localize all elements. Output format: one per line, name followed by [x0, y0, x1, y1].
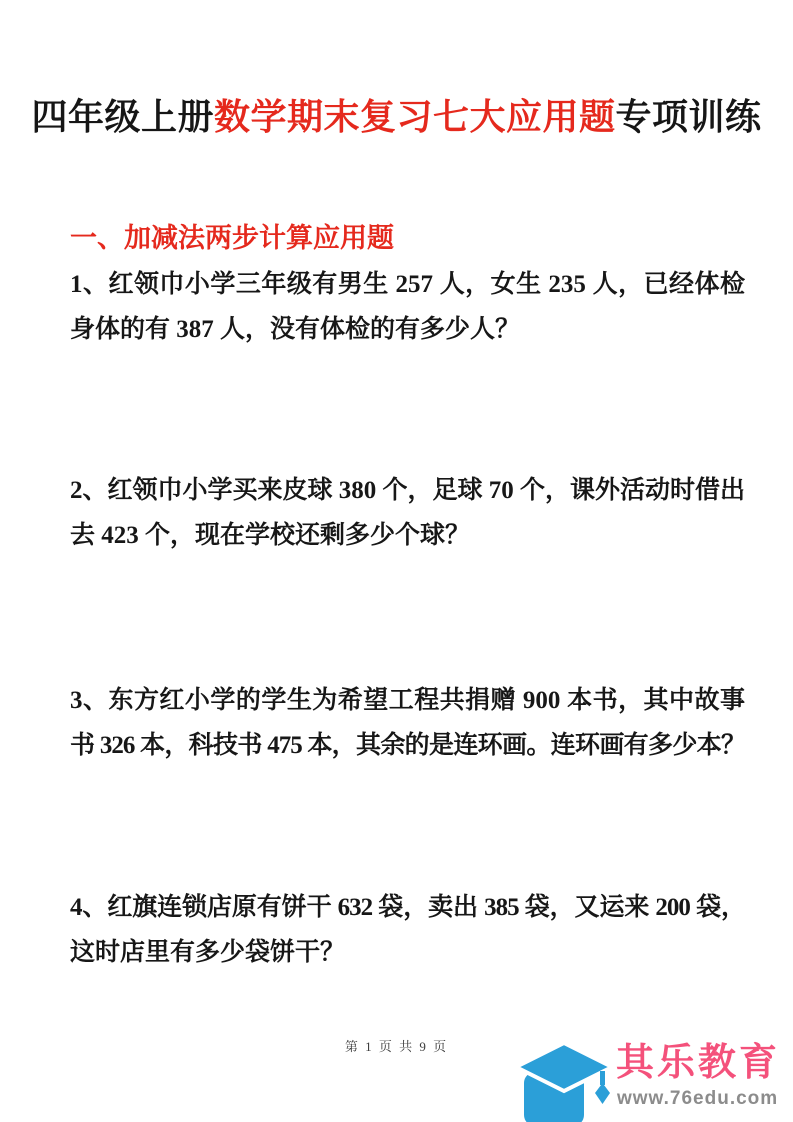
problem-3-line-2: 书 326 本，科技书 475 本，其余的是连环画。连环画有多少本？	[70, 723, 745, 768]
publisher-url: www.76edu.com	[617, 1088, 778, 1110]
page-title-part-black-1: 四年级上册	[31, 96, 214, 137]
page-title: 四年级上册数学期末复习七大应用题专项训练	[0, 92, 793, 142]
problem-3: 3、东方红小学的学生为希望工程共捐赠 900 本书，其中故事 书 326 本，科…	[70, 678, 745, 768]
problem-4: 4、红旗连锁店原有饼干 632 袋，卖出 385 袋，又运来 200 袋， 这时…	[70, 885, 745, 975]
page-title-part-red: 数学期末复习七大应用题	[214, 96, 616, 137]
publisher-name: 其乐教育	[616, 1042, 780, 1084]
publisher-logo: 其乐教育 www.76edu.com	[516, 1040, 793, 1122]
problem-3-line-1: 3、东方红小学的学生为希望工程共捐赠 900 本书，其中故事	[70, 678, 745, 723]
graduation-cap-icon	[516, 1042, 612, 1122]
problem-2-line-1: 2、红领巾小学买来皮球 380 个，足球 70 个，课外活动时借出	[70, 468, 745, 513]
problem-4-line-1: 4、红旗连锁店原有饼干 632 袋，卖出 385 袋，又运来 200 袋，	[70, 885, 745, 930]
section-heading: 一、加减法两步计算应用题	[70, 220, 394, 256]
problem-4-line-2: 这时店里有多少袋饼干？	[70, 930, 745, 975]
problem-1-line-1: 1、红领巾小学三年级有男生 257 人，女生 235 人，已经体检	[70, 262, 745, 307]
worksheet-page: 四年级上册数学期末复习七大应用题专项训练 一、加减法两步计算应用题 1、红领巾小…	[0, 0, 793, 1122]
page-title-part-black-2: 专项训练	[616, 96, 762, 137]
problem-2-line-2: 去 423 个，现在学校还剩多少个球？	[70, 513, 745, 558]
problem-1-line-2: 身体的有 387 人，没有体检的有多少人？	[70, 307, 745, 352]
problem-1: 1、红领巾小学三年级有男生 257 人，女生 235 人，已经体检 身体的有 3…	[70, 262, 745, 352]
problem-2: 2、红领巾小学买来皮球 380 个，足球 70 个，课外活动时借出 去 423 …	[70, 468, 745, 558]
